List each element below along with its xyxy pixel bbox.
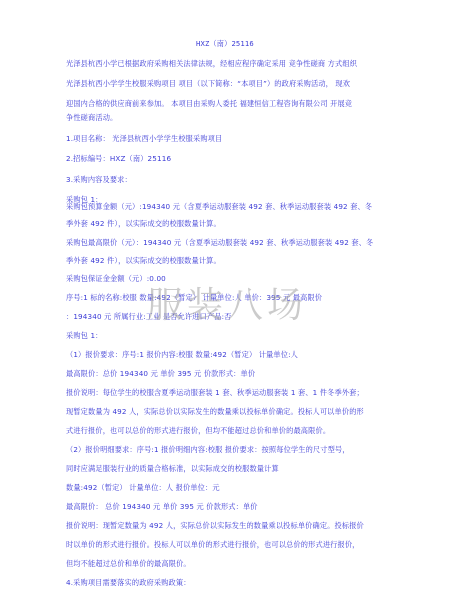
budget-line-2: 季外套 492 件），以实际成交的校服数量计算。 (66, 219, 221, 229)
intro-line-2: 光泽县杭西小学学生校服采购项目 项目（以下简称：“本项目”）的政府采购活动， 现… (66, 79, 350, 89)
max-price-line-1: 采购包最高限价（元）：194340 元（含夏季运动服套装 492 套、秋季运动服… (66, 238, 373, 248)
document-page: HXZ（南）25116 光泽县杭西小学已根据政府采购相关法律法规，经相应程序确定… (0, 0, 450, 600)
section-heading-4: 4.采购项目需要落实的政府采购政策： (66, 578, 191, 588)
quote-max-price-1: 最高限价：总价 194340 元 单价 395 元 价款形式：单价 (66, 369, 255, 379)
package-heading-repeat: 采购包 1： (66, 331, 103, 341)
budget-line-1: 采购包预算金额（元）:194340 元（含夏季运动服套装 492 套、秋季运动服… (66, 202, 372, 212)
quote-requirement-1: （1）报价要求：序号:1 报价内容:校服 数量:492（暂定） 计量单位:人 (66, 350, 298, 360)
section-heading-3: 3.采购内容及要求： (66, 175, 132, 185)
quantity-units-line: 数量:492（暂定） 计量单位：人 报价单位：元 (66, 483, 220, 493)
quote-note-2a: 报价说明：现暂定数量为 492 人，实际总价以实际发生的数量乘以投标单价确定。投… (66, 521, 364, 531)
intro-line-3: 迎国内合格的供应商前来参加。 本项目由采购人委托 福建恒信工程咨询有限公司 开展… (66, 99, 352, 109)
intro-line-4: 争性磋商活动。 (66, 113, 117, 123)
quote-note-1a: 报价说明：每位学生的校服含夏季运动服套装 1 套、秋季运动服套装 1 套、1 件… (66, 388, 364, 398)
quote-detail-requirement-2: 同时应满足服装行业的质量合格标准，以实际成交的校服数量计算 (66, 464, 279, 474)
intro-line-1: 光泽县杭西小学已根据政府采购相关法律法规，经相应程序确定采用 竞争性磋商 方式组… (66, 59, 357, 69)
project-name: 1.项目名称： 光泽县杭西小学学生校服采购项目 (66, 134, 222, 144)
quote-max-price-2: 最高限价： 总价 194340 元 单价 395 元 价款形式：单价 (66, 502, 258, 512)
watermark-text: 服装八场 (147, 286, 307, 326)
quote-note-2c: 但均不能超过总价和单价的最高限价。 (66, 559, 191, 569)
quote-note-1b: 现暂定数量为 492 人，实际总价以实际发生的数量乘以投标单价确定。投标人可以单… (66, 407, 364, 417)
document-code-title: HXZ（南）25116 (196, 39, 254, 49)
quote-detail-requirement-1: （2）报价明细要求：序号:1 报价明细内容:校服 报价要求：按照每位学生的尺寸型… (66, 445, 350, 455)
tender-number: 2.招标编号：HXZ（南）25116 (66, 154, 171, 164)
quote-note-1c: 式进行报价，也可以总价的形式进行报价，但均不能超过总价和单价的最高限价。 (66, 426, 330, 436)
deposit-line: 采购包保证金金额（元）:0.00 (66, 274, 166, 284)
max-price-line-2: 季外套 492 件），以实际成交的校服数量计算。 (66, 256, 221, 266)
quote-note-2b: 时以单价的形式进行报价。投标人可以单价的形式进行报价，也可以总价的形式进行报价， (66, 540, 360, 550)
